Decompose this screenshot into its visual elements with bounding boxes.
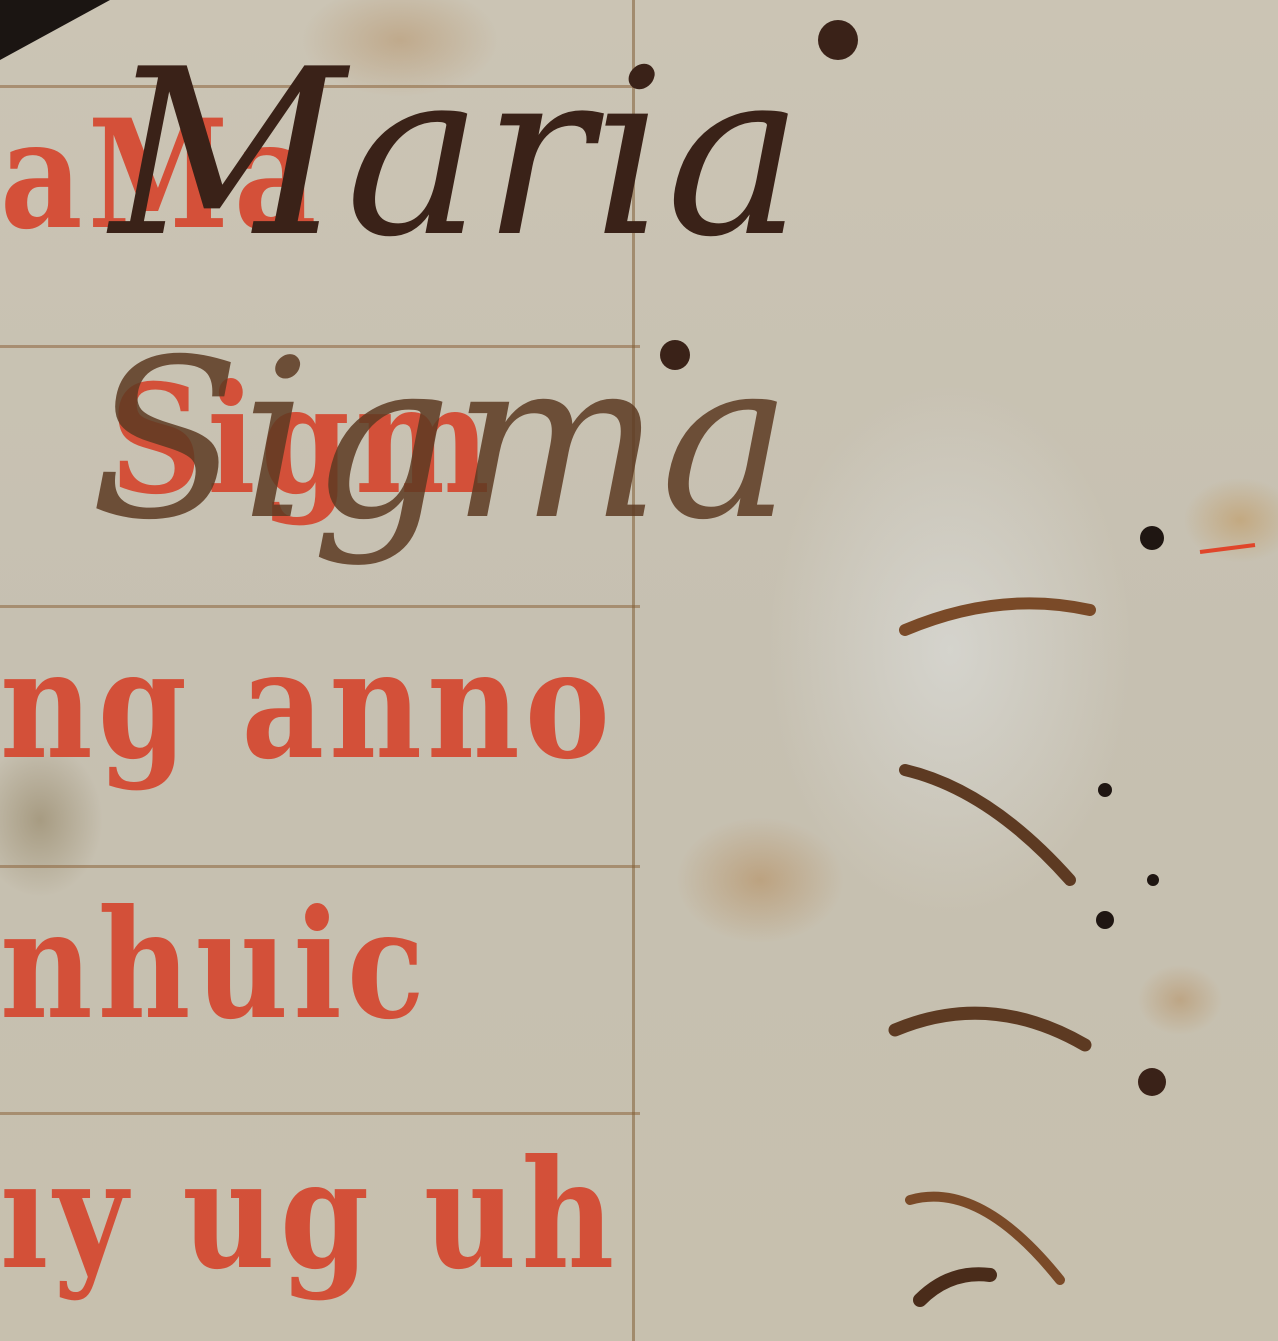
margin-marks <box>0 0 1278 1341</box>
manuscript-photo: aMa Sigm ng anno nhuic ıy ug uh Maria Si… <box>0 0 1278 1341</box>
